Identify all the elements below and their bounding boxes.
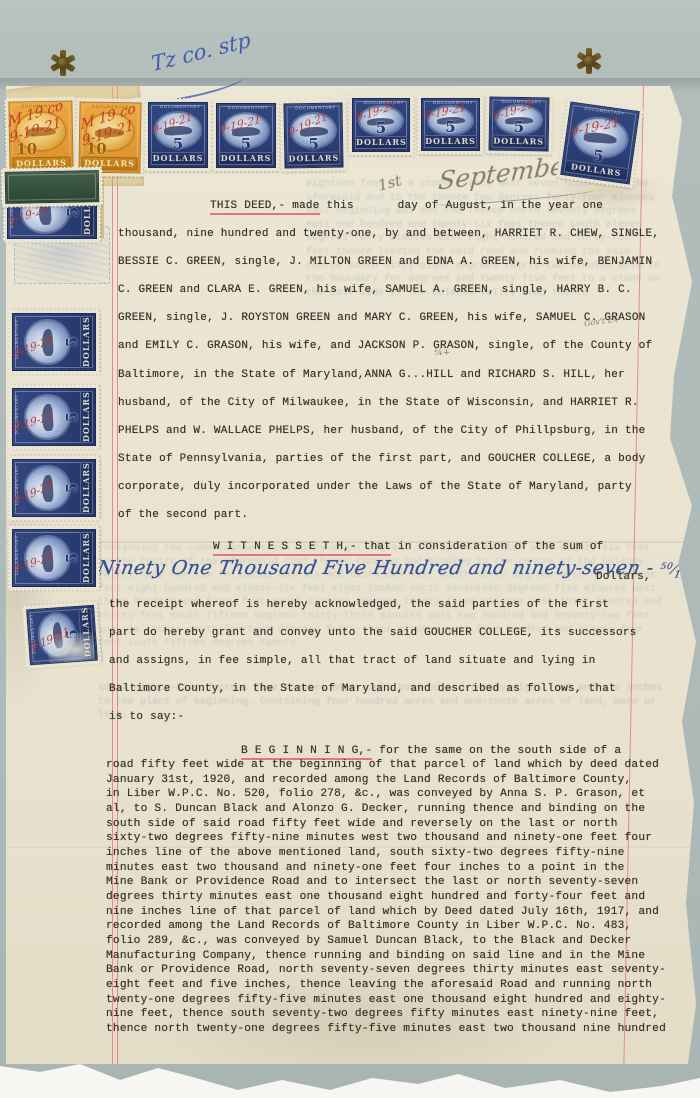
typed-line: nine inches line of that parcel of land … xyxy=(106,905,668,920)
stamp-denomination: 5 xyxy=(217,135,275,153)
document-sheet: eighteen feet to a stone thence west sev… xyxy=(6,86,696,1064)
typed-line: Manufacturing Company, thence running an… xyxy=(106,949,668,964)
typed-line: south side of said road fifty feet wide … xyxy=(106,817,668,832)
typed-line: twenty-one degrees fifty-five minutes ea… xyxy=(106,993,668,1008)
typed-line: corporate, duly incorporated under the L… xyxy=(118,473,670,501)
revenue-stamp-five-dollar: DOCUMENTARY5DOLLARS9-19-21 xyxy=(213,100,279,171)
stamp-dollars-banner: DOLLARS xyxy=(424,135,477,148)
typed-line: folio 289, &c., was conveyed by Samuel D… xyxy=(106,934,668,949)
typed-line: road fifty feet wide at the beginning of… xyxy=(106,758,668,773)
revenue-stamp-ten-dollar: DOCUMENTARY10DOLLARSM 19 co9-19-21 xyxy=(5,97,76,176)
revenue-stamp-five-dollar: DOCUMENTARY5DOLLARS9-19-21 xyxy=(280,99,346,171)
revenue-stamp-five-dollar: DOCUMENTARY5DOLLARS9-19-21 xyxy=(485,93,552,154)
typed-line: of the second part. xyxy=(118,501,670,529)
typed-line: part do hereby grant and convey unto the… xyxy=(109,619,669,647)
typed-text: for the same on the south side of a xyxy=(372,745,621,757)
stamp-dollars-banner: DOLLARS xyxy=(219,152,273,165)
revenue-stamp-five-dollar: DOCUMENTARY5DOLLARS9-19-21 xyxy=(145,99,211,171)
typed-text: in consideration of the sum of xyxy=(391,541,603,553)
typed-line: Mine Bank or Providence Road and to inte… xyxy=(106,875,668,890)
typed-line: al, to S. Duncan Black and Alonzo G. Dec… xyxy=(106,802,668,817)
stamp-dollars-banner: DOLLARS xyxy=(287,152,340,166)
revenue-stamp-five-dollar: DOCUMENTARY5DOLLARS9-19-21 xyxy=(349,95,413,155)
revenue-stamp-five-dollar: DOCUMENTARY5DOLLARS9-19-21 xyxy=(9,526,99,590)
typed-line: degrees thirty minutes east one thousand… xyxy=(106,890,668,905)
typed-line: B E G I N N I N G,- for the same on the … xyxy=(106,744,668,759)
typed-line: inches line of the above mentioned land,… xyxy=(106,846,668,861)
paragraph-this-deed: THIS DEED,- made this day of August, in … xyxy=(118,192,670,529)
typed-line: thence north twenty-one degrees fifty-fi… xyxy=(106,1022,668,1037)
typed-line: Bank or Providence Road, north seventy-s… xyxy=(106,963,668,978)
revenue-stamp-five-dollar: DOCUMENTARY5DOLLARS9-19-21 xyxy=(418,95,483,154)
stamp-denomination: 5 xyxy=(63,460,81,516)
deed-heading: THIS DEED,- made xyxy=(210,200,320,215)
typed-line: January 31st, 1920, and recorded among t… xyxy=(106,773,668,788)
typed-line: sixty-two degrees fifty-nine minutes wes… xyxy=(106,831,668,846)
typed-line: is to say:- xyxy=(109,703,669,731)
typed-text: this xyxy=(326,200,353,212)
typed-line: Baltimore County, in the State of Maryla… xyxy=(109,675,669,703)
typed-line: in Liber W.P.C. No. 520, folio 278, &c.,… xyxy=(106,787,668,802)
stamp-denomination: 5 xyxy=(63,530,81,586)
stamp-dollars-banner: DOLLARS xyxy=(355,136,407,149)
typed-line: minutes east two thousand and ninety-one… xyxy=(106,861,668,876)
typed-dollars-word: Dollars, xyxy=(596,563,651,591)
brass-fastener-right-icon xyxy=(576,48,602,74)
revenue-stamp-green xyxy=(2,167,103,207)
handwritten-amount-line: Ninety One Thousand Five Hundred and nin… xyxy=(109,561,669,591)
revenue-stamp-five-dollar: DOCUMENTARY5DOLLARS9-19-21 xyxy=(557,98,643,188)
typed-line: and EMILY C. GRASON, his wife, and JACKS… xyxy=(118,332,670,360)
stamp-dollars-banner: DOLLARS xyxy=(80,316,93,368)
stamp-dollars-banner: DOLLARS xyxy=(80,532,93,584)
revenue-stamp-five-dollar: DOCUMENTARY5DOLLARS9-19-21 xyxy=(9,310,99,374)
stamp-dollars-banner: DOLLARS xyxy=(80,462,93,514)
typed-line: PHELPS and W. WALLACE PHELPS, her husban… xyxy=(118,417,670,445)
stamp-dollars-banner: DOLLARS xyxy=(151,152,205,165)
stamp-dollars-banner: DOLLARS xyxy=(80,391,93,443)
typed-line: State of Pennsylvania, parties of the fi… xyxy=(118,445,670,473)
typed-line: BESSIE C. GREEN, single, J. MILTON GREEN… xyxy=(118,248,670,276)
stamp-denomination: 5 xyxy=(63,314,81,370)
typed-line: THIS DEED,- made this day of August, in … xyxy=(118,192,670,220)
revenue-stamp-five-dollar: DOCUMENTARY5DOLLARS9-19-21 xyxy=(9,456,99,520)
stamp-series-label: DOCUMENTARY xyxy=(228,106,264,110)
brass-fastener-left-icon xyxy=(50,50,76,76)
typed-line: nine feet, thence south seventy-two degr… xyxy=(106,1007,668,1022)
stamp-denomination: 5 xyxy=(149,135,207,153)
pencil-caret-note: ¼+ xyxy=(434,348,450,358)
typed-line: husband, of the City of Milwaukee, in th… xyxy=(118,389,670,417)
typed-line: Baltimore, in the State of Maryland,ANNA… xyxy=(118,361,670,389)
typed-line: recorded among the Land Records of Balti… xyxy=(106,919,668,934)
typed-line: thousand, nine hundred and twenty-one, b… xyxy=(118,220,670,248)
paragraph-witnesseth: W I T N E S S E T H,- that in considerat… xyxy=(109,533,669,732)
paragraph-beginning: B E G I N N I N G,- for the same on the … xyxy=(106,744,668,1037)
revenue-stamp-ten-dollar: DOCUMENTARY10DOLLARSM 19 co9-19-21 xyxy=(75,98,144,176)
stamp-denomination: 5 xyxy=(63,389,81,445)
stamp-dollars-banner: DOLLARS xyxy=(492,135,546,149)
revenue-stamp-five-dollar: DOCUMENTARY5DOLLARS9-19-21 xyxy=(9,385,99,449)
revenue-stamp-five-dollar: DOCUMENTARY5DOLLARS9-19-21 xyxy=(23,601,101,668)
typed-line: C. GREEN and CLARA E. GREEN, his wife, S… xyxy=(118,276,670,304)
typed-line: and assigns, in fee simple, all that tra… xyxy=(109,647,669,675)
typed-line: eight feet and five inches, thence leavi… xyxy=(106,978,668,993)
typed-line: the receipt whereof is hereby acknowledg… xyxy=(109,591,669,619)
